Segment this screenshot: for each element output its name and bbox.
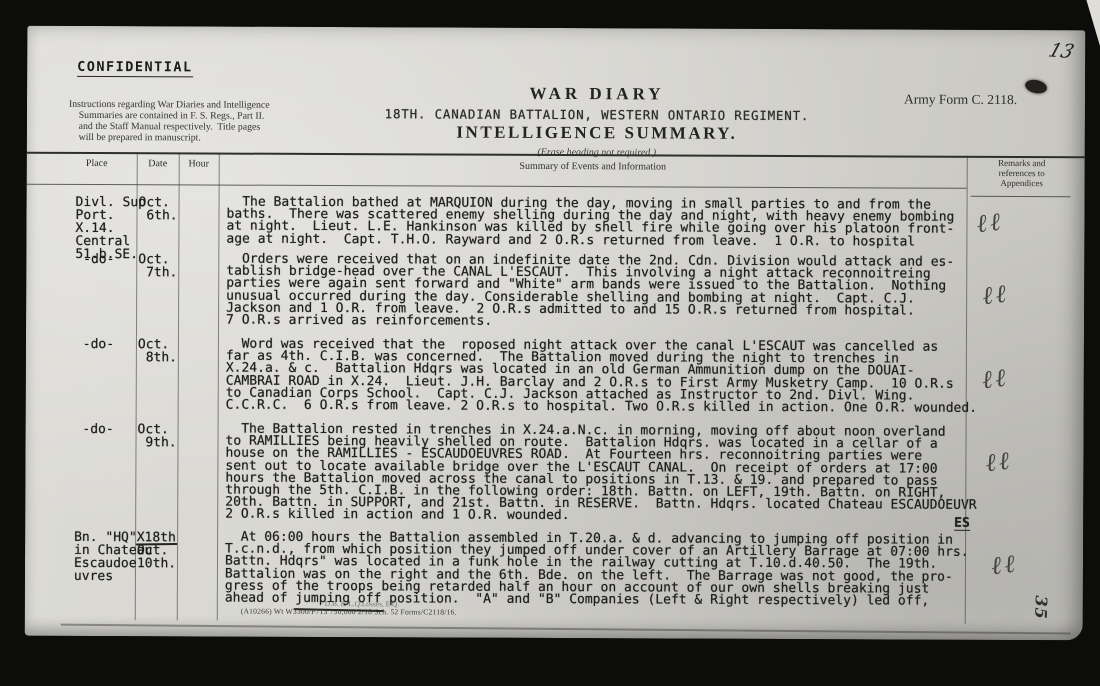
army-form-ref: Army Form C. 2118. — [904, 92, 1017, 108]
entry-date: Oct. 8th. — [138, 338, 177, 364]
entry-date: Oct. 10th. — [137, 544, 176, 570]
entry-text: Orders were received that on an indefini… — [226, 254, 954, 330]
entry-place: -do- — [75, 253, 114, 266]
title-block: WAR DIARY 18TH. CANADIAN BATTALION, WEST… — [267, 83, 927, 160]
entry-date: Oct. 7th. — [138, 253, 177, 279]
entry-text: At 06:00 hours the Battalion assembled i… — [225, 532, 969, 608]
adjacent-page-corner — [1084, 0, 1100, 46]
column-header-summary: Summary of Events and Information — [219, 160, 967, 174]
page-title: WAR DIARY — [267, 83, 927, 106]
column-header-remarks: Remarks and references to Appendices — [969, 158, 1075, 188]
entry-date: Oct. 9th. — [137, 423, 176, 449]
header-bottom-rule — [27, 184, 967, 189]
entry-text: Word was received that the roposed night… — [226, 339, 978, 415]
form-print-code: (A10266) Wt W3300/P713 750,000 2/18 Sch.… — [241, 607, 457, 617]
column-header-date: Date — [137, 158, 179, 169]
entry-remark-initials: ℓℓ — [989, 548, 1019, 581]
paper-edge-fold — [61, 624, 1071, 634]
entry-place: -do- — [75, 338, 114, 351]
entry-place: -do- — [75, 423, 114, 436]
paper: CONFIDENTIAL Instructions regarding War … — [25, 26, 1086, 641]
column-header-place: Place — [57, 158, 137, 169]
entry-remark-initials: ℓℓ — [975, 206, 1005, 239]
entry-text: The Battalion rested in trenches in X.24… — [225, 424, 977, 525]
page-subtitle: INTELLIGENCE SUMMARY. — [267, 122, 927, 145]
handwritten-corner-mark: 35 — [1031, 595, 1051, 620]
scan-background: CONFIDENTIAL Instructions regarding War … — [0, 0, 1100, 686]
entry-remark-initials: ℓℓ — [984, 445, 1014, 478]
unit-title: 18TH. CANADIAN BATTALION, WESTERN ONTARI… — [267, 106, 927, 124]
entry-date: Oct. 6th. — [138, 196, 177, 222]
confidential-stamp: CONFIDENTIAL — [77, 59, 193, 78]
entry-remark-initials: ℓℓ — [980, 362, 1010, 395]
entry-remark-initials: ℓℓ — [981, 278, 1011, 311]
entry-text: The Battalion bathed at MARQUION during … — [226, 197, 954, 249]
instructions-note: Instructions regarding War Diaries and I… — [69, 99, 270, 144]
hole-punch-mark — [1024, 78, 1048, 95]
column-header-hour: Hour — [179, 158, 219, 169]
col-rule-hour-summary — [217, 153, 220, 621]
handwritten-page-number: 13 — [1046, 39, 1077, 63]
remarks-header-rule — [971, 196, 1071, 197]
